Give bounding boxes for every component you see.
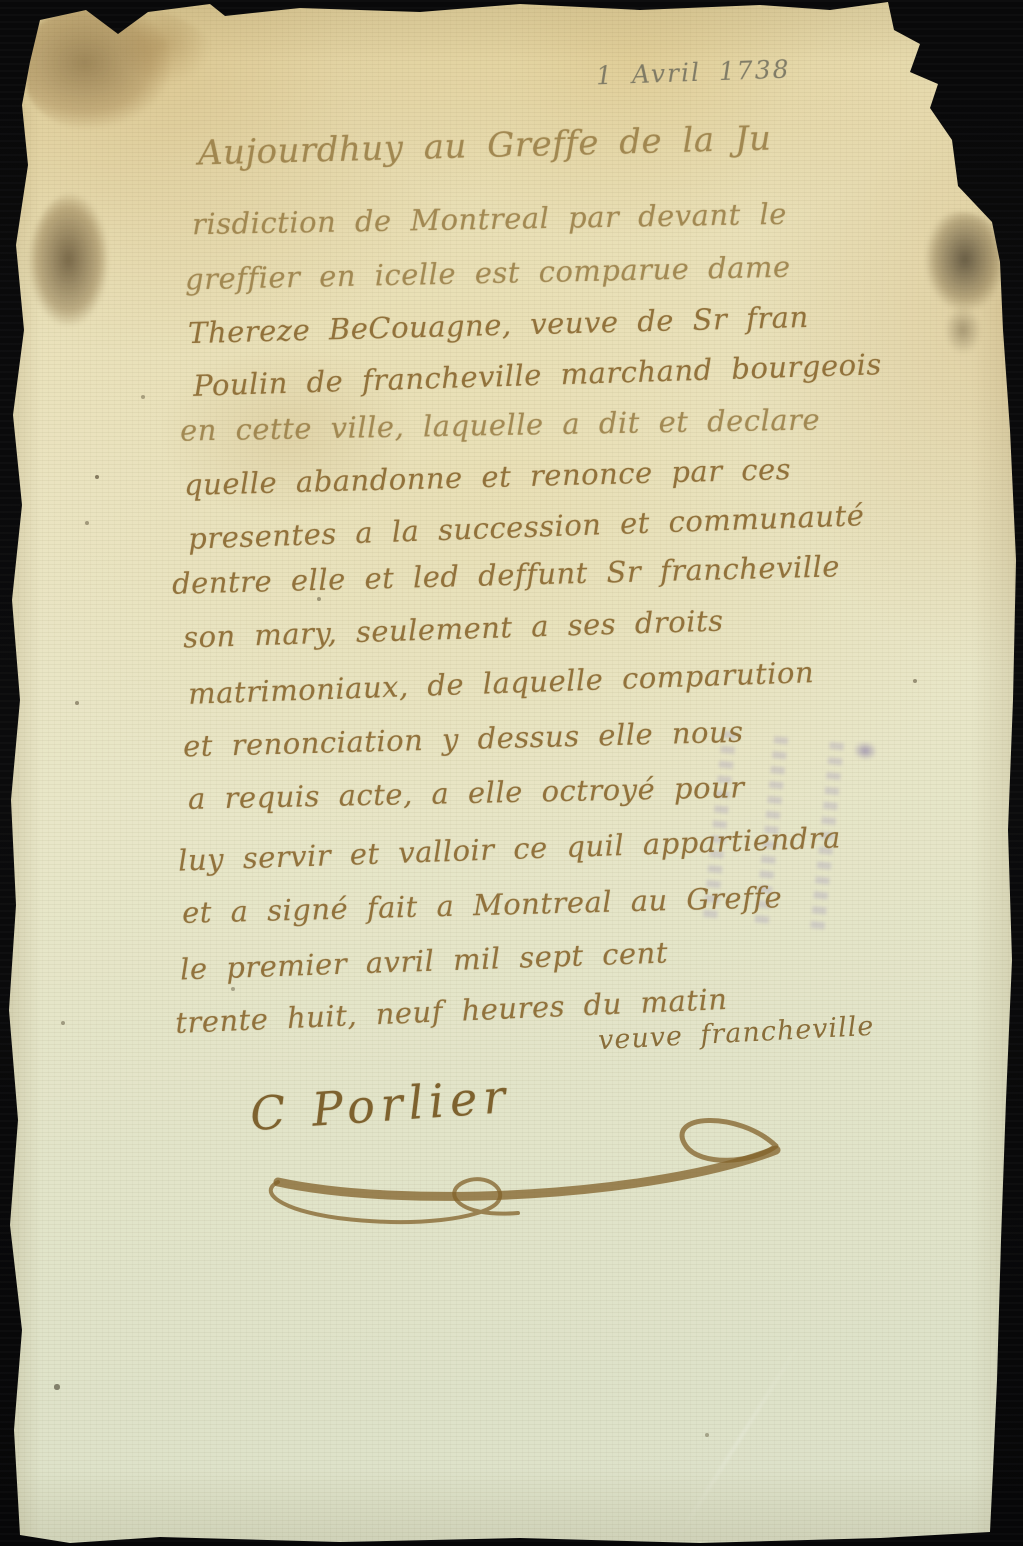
manuscript-line: matrimoniaux, de laquelle comparution	[188, 655, 815, 711]
manuscript-line: et a signé fait a Montreal au Greffe	[182, 880, 783, 930]
manuscript-line: et renonciation y dessus elle nous	[183, 715, 744, 764]
manuscript-line: son mary, seulement a ses droits	[183, 604, 724, 655]
manuscript-line: Aujourdhuy au Greffe de la Ju	[198, 119, 772, 174]
manuscript-text: Aujourdhuy au Greffe de la Ju risdiction…	[0, 0, 1023, 1546]
pencil-date-annotation: 1 Avril 1738	[596, 55, 791, 91]
photo-background: 1 Avril 1738 Aujourdhuy au Greffe de la …	[0, 0, 1023, 1546]
signature-clerk-porlier: C Porlier	[248, 1069, 512, 1141]
manuscript-line: dentre elle et led deffunt Sr franchevil…	[172, 549, 841, 600]
manuscript-line: risdiction de Montreal par devant le	[192, 197, 787, 241]
stamp-ink-blob	[850, 738, 880, 763]
stain-left-edge	[28, 192, 118, 342]
stain-right-edge	[920, 212, 1010, 330]
paper-crease	[675, 1338, 804, 1543]
manuscript-line: presentes a la succession et communauté	[188, 498, 865, 556]
stamp-mark	[810, 742, 844, 936]
manuscript-line: a requis acte, a elle octroyé pour	[188, 770, 745, 816]
manuscript-line: Thereze BeCouagne, veuve de Sr fran	[188, 300, 809, 350]
ink-specks	[0, 0, 2, 2]
signature-veuve-francheville: veuve francheville	[597, 1011, 875, 1056]
stamp-mark	[754, 736, 788, 930]
manuscript-line: Poulin de francheville marchand bourgeoi…	[193, 347, 883, 403]
manuscript-line: en cette ville, laquelle a dit et declar…	[180, 402, 821, 447]
manuscript-line: greffier en icelle est comparue dame	[185, 250, 791, 297]
signature-flourish	[228, 1096, 798, 1256]
stain-top-left-corner	[26, 6, 222, 132]
stamp-mark	[702, 731, 736, 925]
manuscript-line: luy servir et valloir ce quil appartiend…	[178, 820, 842, 877]
manuscript-page: 1 Avril 1738 Aujourdhuy au Greffe de la …	[0, 0, 1023, 1546]
manuscript-line: quelle abandonne et renonce par ces	[184, 452, 792, 502]
stain-right-edge-tail	[940, 300, 986, 360]
manuscript-line: le premier avril mil sept cent	[180, 935, 669, 986]
manuscript-line: trente huit, neuf heures du matin	[175, 982, 729, 1040]
archive-stamp	[684, 723, 891, 947]
